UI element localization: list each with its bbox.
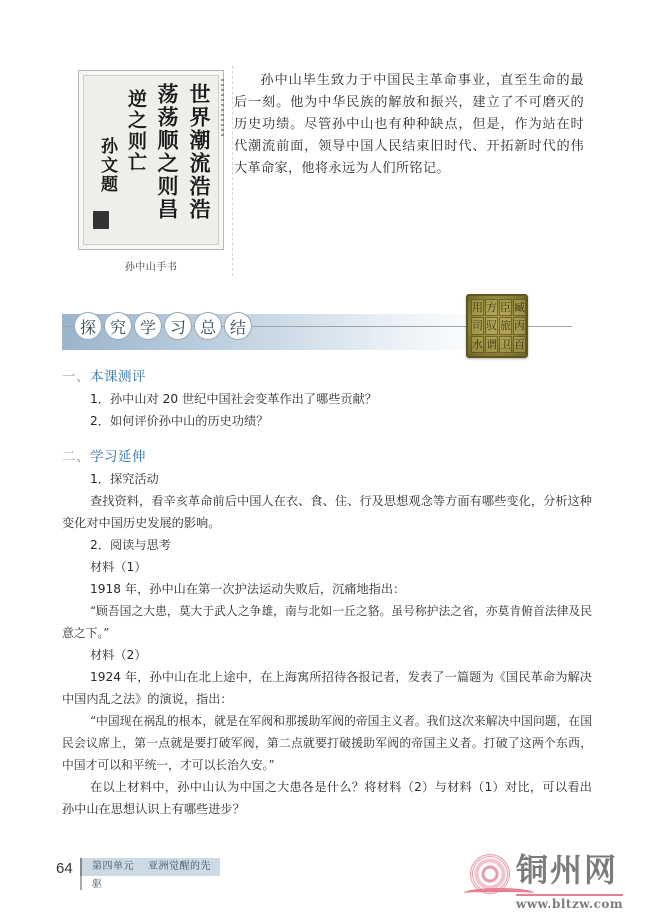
watermark-url: www.bltzw.com: [516, 894, 623, 911]
section-number: 一、: [62, 369, 90, 385]
watermark-name: 铜州网: [516, 850, 618, 890]
section-title: 本课测评: [90, 369, 146, 385]
reading-title: 2．阅读与思考: [62, 534, 592, 556]
calligraphy-figure: 世界潮流浩浩 荡荡顺之则昌 逆之则亡 孙文题 孙中山手书: [76, 70, 226, 273]
unit-footer: 第四单元亚洲觉醒的先驱: [80, 858, 220, 876]
seal-glyph: 驭: [485, 317, 498, 334]
discussion-question: 在以上材料中，孙中山认为中国之大患各是什么？将材料（2）与材料（1）对比，可以看…: [62, 776, 592, 820]
material-1-label: 材料（1）: [62, 556, 592, 578]
calligraphy-column: 荡荡顺之则昌: [155, 83, 179, 221]
seal-glyph: 卫: [499, 336, 512, 353]
activity-title: 1．探究活动: [62, 468, 592, 490]
main-content: 一、本课测评 1．孙中山对 20 世纪中国社会变革作出了哪些贡献？ 2．如何评价…: [62, 366, 592, 820]
banner-char: 究: [104, 312, 132, 340]
seal-glyph: 用: [471, 299, 484, 316]
section-number: 二、: [62, 449, 90, 465]
seal-glyph: 水: [471, 336, 484, 353]
material-2-label: 材料（2）: [62, 644, 592, 666]
banner-char: 结: [224, 312, 252, 340]
material-2-intro: 1924 年，孙中山在北上途中，在上海寓所招待各报记者，发表了一篇题为《国民革命…: [62, 666, 592, 710]
page-number: 64: [56, 860, 73, 877]
calligraphy-image: 世界潮流浩浩 荡荡顺之则昌 逆之则亡 孙文题: [78, 70, 224, 250]
material-2-quote: “中国现在祸乱的根本，就是在军阀和那援助军阀的帝国主义者。我们这次来解决中国问题…: [62, 710, 592, 776]
figure-caption: 孙中山手书: [76, 258, 226, 273]
banner-char: 探: [74, 312, 102, 340]
calligraphy-signature: 孙文题: [97, 137, 117, 194]
banner-char: 学: [134, 312, 162, 340]
calligraphy-column: 逆之则亡: [125, 89, 147, 173]
section-banner-title: 探 究 学 习 总 结: [74, 312, 252, 340]
watermark: 铜州网 www.bltzw.com: [470, 850, 645, 912]
seal-glyph: 谓: [485, 336, 498, 353]
unit-label: 第四单元: [92, 861, 134, 872]
section-heading-extension: 二、学习延伸: [62, 446, 592, 468]
section-title: 学习延伸: [90, 449, 146, 465]
seal-glyph: 旅: [499, 317, 512, 334]
material-1-intro: 1918 年，孙中山在第一次护法运动失败后，沉痛地指出：: [62, 578, 592, 600]
seal-glyph: 丙: [513, 317, 526, 334]
bronze-seal-icon: 用 方 臣 臧 司 驭 旅 丙 水 谓 卫 百: [466, 294, 528, 358]
intro-paragraph: 孙中山毕生致力于中国民主革命事业，直至生命的最后一刻。他为中华民族的解放和振兴，…: [234, 70, 584, 180]
seal-stamp-icon: [93, 211, 109, 229]
material-1-quote: “顾吾国之大患，莫大于武人之争雄，南与北如一丘之貉。虽号称护法之省，亦莫肯俯首法…: [62, 600, 592, 644]
seal-glyph: 百: [513, 336, 526, 353]
column-divider: [232, 66, 233, 276]
review-question: 1．孙中山对 20 世纪中国社会变革作出了哪些贡献？: [62, 388, 592, 410]
banner-char: 习: [164, 312, 192, 340]
footer-divider: [80, 876, 82, 890]
seal-glyph: 司: [471, 317, 484, 334]
edge-annotation: [221, 79, 224, 139]
calligraphy-column: 世界潮流浩浩: [187, 83, 211, 221]
activity-text: 查找资料，看辛亥革命前后中国人在衣、食、住、行及思想观念等方面有哪些变化，分析这…: [62, 490, 592, 534]
banner-char: 总: [194, 312, 222, 340]
section-heading-review: 一、本课测评: [62, 366, 592, 388]
review-question: 2．如何评价孙中山的历史功绩？: [62, 410, 592, 432]
seal-glyph: 臧: [513, 299, 526, 316]
seal-glyph: 方: [485, 299, 498, 316]
seal-glyph: 臣: [499, 299, 512, 316]
